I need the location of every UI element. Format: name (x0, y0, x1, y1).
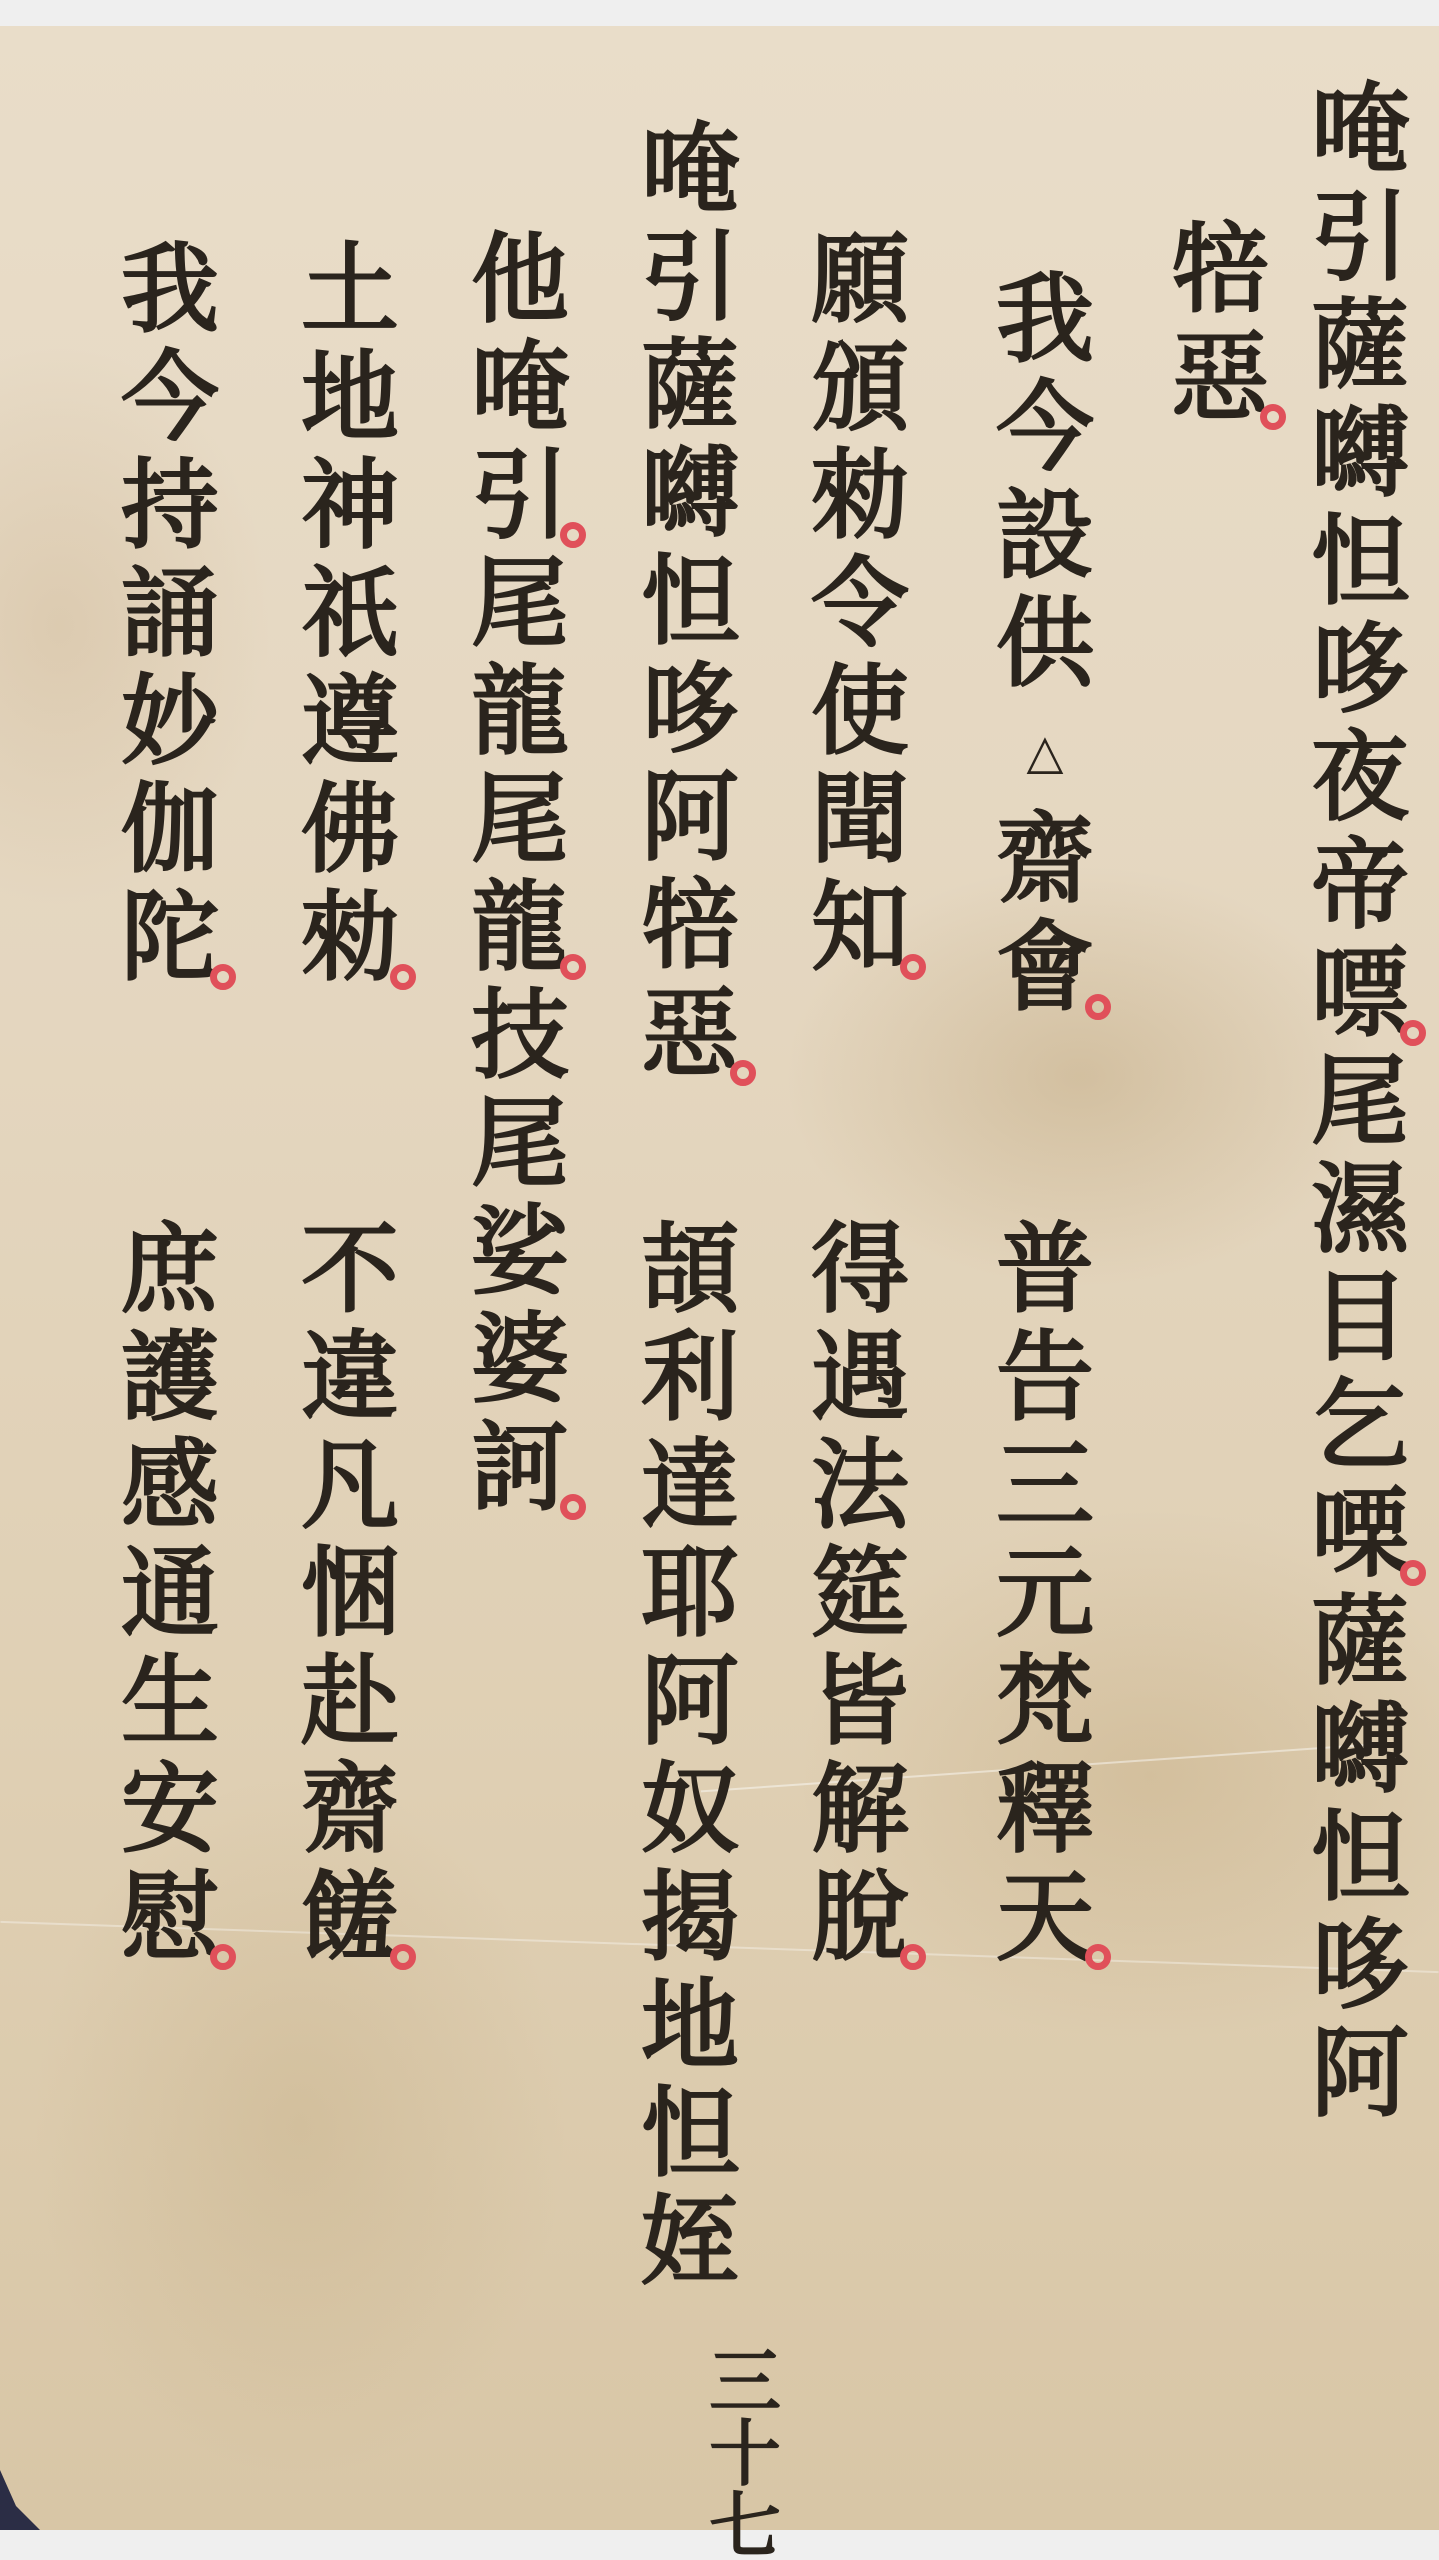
text-column-7-upper: 土地神祇遵佛勑 (290, 236, 410, 992)
glyph: 感 (110, 1432, 230, 1540)
glyph: 惡 (630, 980, 750, 1088)
glyph: 願 (800, 226, 920, 334)
glyph: 龍 (460, 658, 580, 766)
glyph: 地 (630, 1972, 750, 2080)
red-circle-punctuation-mark (730, 1060, 756, 1086)
text-column-4-upper: 願頒勑令使聞知 (800, 226, 920, 982)
glyph: 使 (800, 658, 920, 766)
glyph: 耶 (630, 1540, 750, 1648)
glyph: 犃 (1160, 216, 1280, 324)
text-column-7-lower: 不違凡悃赴齋饈 (290, 1216, 410, 1972)
text-column-2: 犃惡 (1160, 216, 1280, 432)
glyph: 普 (985, 1216, 1105, 1324)
column-3-upper2-text: 齋會 (985, 806, 1105, 1022)
glyph: 薩 (630, 332, 750, 440)
glyph: 唵 (460, 334, 580, 442)
glyph: 齋 (985, 806, 1105, 914)
text-column-5-lower: 頡利達耶阿奴揭地怛姪 (630, 1216, 750, 2296)
glyph: 通 (110, 1540, 230, 1648)
glyph: 脫 (800, 1864, 920, 1972)
glyph: 解 (800, 1756, 920, 1864)
glyph: 聞 (800, 766, 920, 874)
glyph: 生 (110, 1648, 230, 1756)
red-circle-punctuation-mark (1260, 404, 1286, 430)
glyph: 三 (985, 1432, 1105, 1540)
text-column-4-lower: 得遇法筵皆解脫 (800, 1216, 920, 1972)
glyph: 利 (630, 1324, 750, 1432)
column-2-text: 犃惡 (1160, 216, 1280, 432)
glyph: 阿 (630, 1648, 750, 1756)
glyph: 土 (290, 236, 410, 344)
glyph: 薩 (1300, 1588, 1420, 1696)
glyph: 目 (1300, 1264, 1420, 1372)
glyph: 筵 (800, 1540, 920, 1648)
column-8-upper-text: 我今持誦妙伽陀 (110, 236, 230, 992)
glyph: 梵 (985, 1648, 1105, 1756)
glyph: 護 (110, 1324, 230, 1432)
glyph: 頡 (630, 1216, 750, 1324)
column-4-lower-text: 得遇法筵皆解脫 (800, 1216, 920, 1972)
glyph: 怛 (630, 548, 750, 656)
glyph: 引 (460, 442, 580, 550)
glyph: 供 (985, 590, 1105, 698)
page-number: 三十七 (700, 2346, 790, 2560)
glyph: 慰 (110, 1864, 230, 1972)
glyph: 怛 (1300, 1804, 1420, 1912)
column-7-upper-text: 土地神祇遵佛勑 (290, 236, 410, 992)
glyph: 勑 (800, 442, 920, 550)
offering-triangle-symbol: △ (1027, 698, 1064, 806)
glyph: 怛 (1300, 508, 1420, 616)
red-circle-punctuation-mark (560, 522, 586, 548)
glyph: 法 (800, 1432, 920, 1540)
glyph: 犃 (630, 872, 750, 980)
glyph: 七 (700, 2490, 790, 2560)
glyph: 龍 (460, 874, 580, 982)
glyph: 今 (110, 344, 230, 452)
glyph: 㗚 (1300, 1480, 1420, 1588)
red-circle-punctuation-mark (1400, 1560, 1426, 1586)
glyph: 天 (985, 1864, 1105, 1972)
glyph: 技 (460, 982, 580, 1090)
glyph: 尾 (460, 766, 580, 874)
glyph: 遵 (290, 668, 410, 776)
glyph: 尾 (460, 1090, 580, 1198)
manuscript-page: 唵引薩嚩怛哆夜帝嘌尾濕目乞㗚薩嚩怛哆阿 犃惡 我今設供 △ 齋會 普告三元梵釋天… (0, 26, 1439, 2530)
glyph: 皆 (800, 1648, 920, 1756)
glyph: 悃 (290, 1540, 410, 1648)
glyph: 遇 (800, 1324, 920, 1432)
glyph: 齋 (290, 1756, 410, 1864)
red-circle-punctuation-mark (390, 964, 416, 990)
glyph: 頒 (800, 334, 920, 442)
glyph: 誦 (110, 560, 230, 668)
column-4-upper-text: 願頒勑令使聞知 (800, 226, 920, 982)
column-5-upper-text: 唵引薩嚩怛哆阿犃惡 (630, 116, 750, 1088)
column-5-lower-text: 頡利達耶阿奴揭地怛姪 (630, 1216, 750, 2296)
glyph: 地 (290, 344, 410, 452)
red-circle-punctuation-mark (390, 1944, 416, 1970)
glyph: 薩 (1300, 292, 1420, 400)
glyph: 我 (110, 236, 230, 344)
glyph: 他 (460, 226, 580, 334)
glyph: 妙 (110, 668, 230, 776)
red-circle-punctuation-mark (1085, 1944, 1111, 1970)
glyph: 唵 (630, 116, 750, 224)
text-column-1: 唵引薩嚩怛哆夜帝嘌尾濕目乞㗚薩嚩怛哆阿 (1300, 76, 1420, 2128)
text-column-3-lower: 普告三元梵釋天 (985, 1216, 1105, 1972)
column-3-lower-text: 普告三元梵釋天 (985, 1216, 1105, 1972)
glyph: 違 (290, 1324, 410, 1432)
glyph: 釋 (985, 1756, 1105, 1864)
glyph: 令 (800, 550, 920, 658)
glyph: 姪 (630, 2188, 750, 2296)
glyph: 持 (110, 452, 230, 560)
glyph: 阿 (630, 764, 750, 872)
glyph: 知 (800, 874, 920, 982)
glyph: 帝 (1300, 832, 1420, 940)
red-circle-punctuation-mark (1085, 994, 1111, 1020)
glyph: 饈 (290, 1864, 410, 1972)
glyph: 我 (985, 266, 1105, 374)
text-column-5-upper: 唵引薩嚩怛哆阿犃惡 (630, 116, 750, 1088)
glyph: 安 (110, 1756, 230, 1864)
text-column-6: 他唵引 尾龍尾龍 技尾娑婆訶 (460, 226, 580, 1522)
red-circle-punctuation-mark (210, 1944, 236, 1970)
glyph: 尾 (1300, 1048, 1420, 1156)
glyph: 怛 (630, 2080, 750, 2188)
glyph: 濕 (1300, 1156, 1420, 1264)
glyph: 神 (290, 452, 410, 560)
column-3-upper-text: 我今設供 (985, 266, 1105, 698)
column-8-lower-text: 庶護感通生安慰 (110, 1216, 230, 1972)
text-column-3-upper: 我今設供 △ 齋會 (985, 266, 1105, 1022)
glyph: 哆 (1300, 1912, 1420, 2020)
glyph: 嘌 (1300, 940, 1420, 1048)
red-circle-punctuation-mark (900, 954, 926, 980)
glyph: 尾 (460, 550, 580, 658)
column-6-text: 他唵引 (460, 226, 580, 550)
glyph: 阿 (1300, 2020, 1420, 2128)
glyph: 娑 (460, 1198, 580, 1306)
glyph: 唵 (1300, 76, 1420, 184)
glyph: 哆 (630, 656, 750, 764)
glyph: 不 (290, 1216, 410, 1324)
glyph: 勑 (290, 884, 410, 992)
glyph: 元 (985, 1540, 1105, 1648)
column-6-lower-text: 尾龍尾龍 (460, 550, 580, 982)
text-column-8-upper: 我今持誦妙伽陀 (110, 236, 230, 992)
glyph: 嚩 (1300, 400, 1420, 508)
glyph: 今 (985, 374, 1105, 482)
red-circle-punctuation-mark (210, 964, 236, 990)
glyph: 惡 (1160, 324, 1280, 432)
glyph: 奴 (630, 1756, 750, 1864)
glyph: 設 (985, 482, 1105, 590)
glyph: 凡 (290, 1432, 410, 1540)
glyph: 揭 (630, 1864, 750, 1972)
glyph: 引 (1300, 184, 1420, 292)
glyph: 乞 (1300, 1372, 1420, 1480)
glyph: 夜 (1300, 724, 1420, 832)
glyph: 告 (985, 1324, 1105, 1432)
glyph: 十 (700, 2418, 790, 2490)
red-circle-punctuation-mark (1400, 1020, 1426, 1046)
glyph: 訶 (460, 1414, 580, 1522)
red-circle-punctuation-mark (900, 1944, 926, 1970)
glyph: 佛 (290, 776, 410, 884)
red-circle-punctuation-mark (560, 1494, 586, 1520)
glyph: 得 (800, 1216, 920, 1324)
glyph: 哆 (1300, 616, 1420, 724)
column-7-lower-text: 不違凡悃赴齋饈 (290, 1216, 410, 1972)
glyph: 陀 (110, 884, 230, 992)
glyph: 嚩 (630, 440, 750, 548)
glyph: 嚩 (1300, 1696, 1420, 1804)
glyph: 三 (700, 2346, 790, 2418)
glyph: 伽 (110, 776, 230, 884)
glyph: 婆 (460, 1306, 580, 1414)
glyph: 祇 (290, 560, 410, 668)
glyph: 引 (630, 224, 750, 332)
column-6-tail-text: 技尾娑婆訶 (460, 982, 580, 1522)
glyph: 赴 (290, 1648, 410, 1756)
glyph: 庶 (110, 1216, 230, 1324)
column-1-text: 唵引薩嚩怛哆夜帝嘌尾濕目乞㗚薩嚩怛哆阿 (1300, 76, 1420, 2128)
glyph: 會 (985, 914, 1105, 1022)
red-circle-punctuation-mark (560, 954, 586, 980)
text-column-8-lower: 庶護感通生安慰 (110, 1216, 230, 1972)
page-number-text: 三十七 (700, 2346, 790, 2560)
glyph: 達 (630, 1432, 750, 1540)
